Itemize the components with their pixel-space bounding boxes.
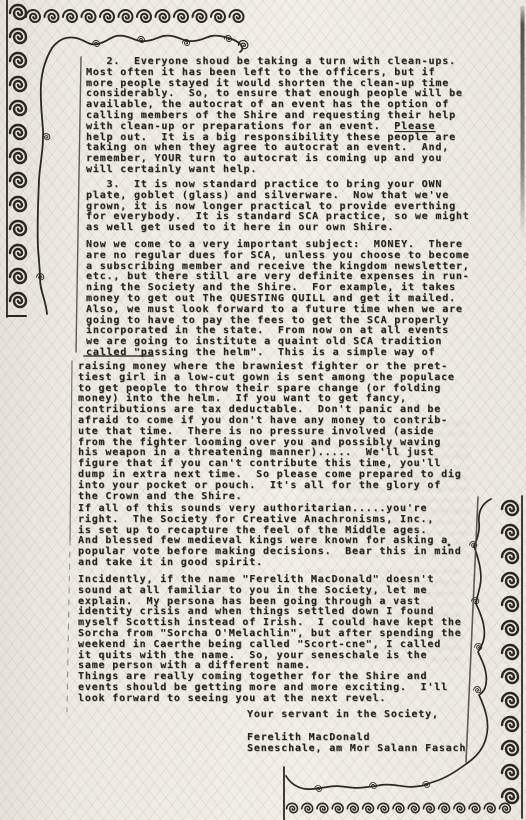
paragraph-authoritarian: If all of this sounds very authoritarian… <box>78 504 462 569</box>
paragraph-money: Now we come to a very important subject:… <box>86 240 470 359</box>
please-underlined-text: Please <box>394 121 435 132</box>
signature-salutation: Your servant in the Society, <box>247 710 439 721</box>
paragraph-bring-own-plate: 3. It is now standard practice to bring … <box>86 180 470 234</box>
paragraph-closing: Things are really coming together for th… <box>78 672 448 704</box>
paragraph-name-explanation: Incidently, if the name "Ferelith MacDon… <box>78 575 462 672</box>
paragraph-cleanups-text-cont: help out. It is a big responsibility the… <box>86 132 456 175</box>
left-scroll-border <box>7 0 26 317</box>
bottom-chain-border <box>287 803 511 812</box>
right-scroll-border <box>502 496 522 818</box>
signature-title: Seneschale, am Mor Salann Fasach <box>247 744 466 755</box>
top-chain-border <box>26 10 244 22</box>
paragraph-cleanups: 2. Everyone shoud be taking a turn with … <box>86 57 463 176</box>
scanned-letter-page: { "colors": { "paper": "#edeae3", "ink":… <box>0 0 526 820</box>
paragraph-passing-the-helm: raising money where the brawniest fighte… <box>78 362 462 502</box>
